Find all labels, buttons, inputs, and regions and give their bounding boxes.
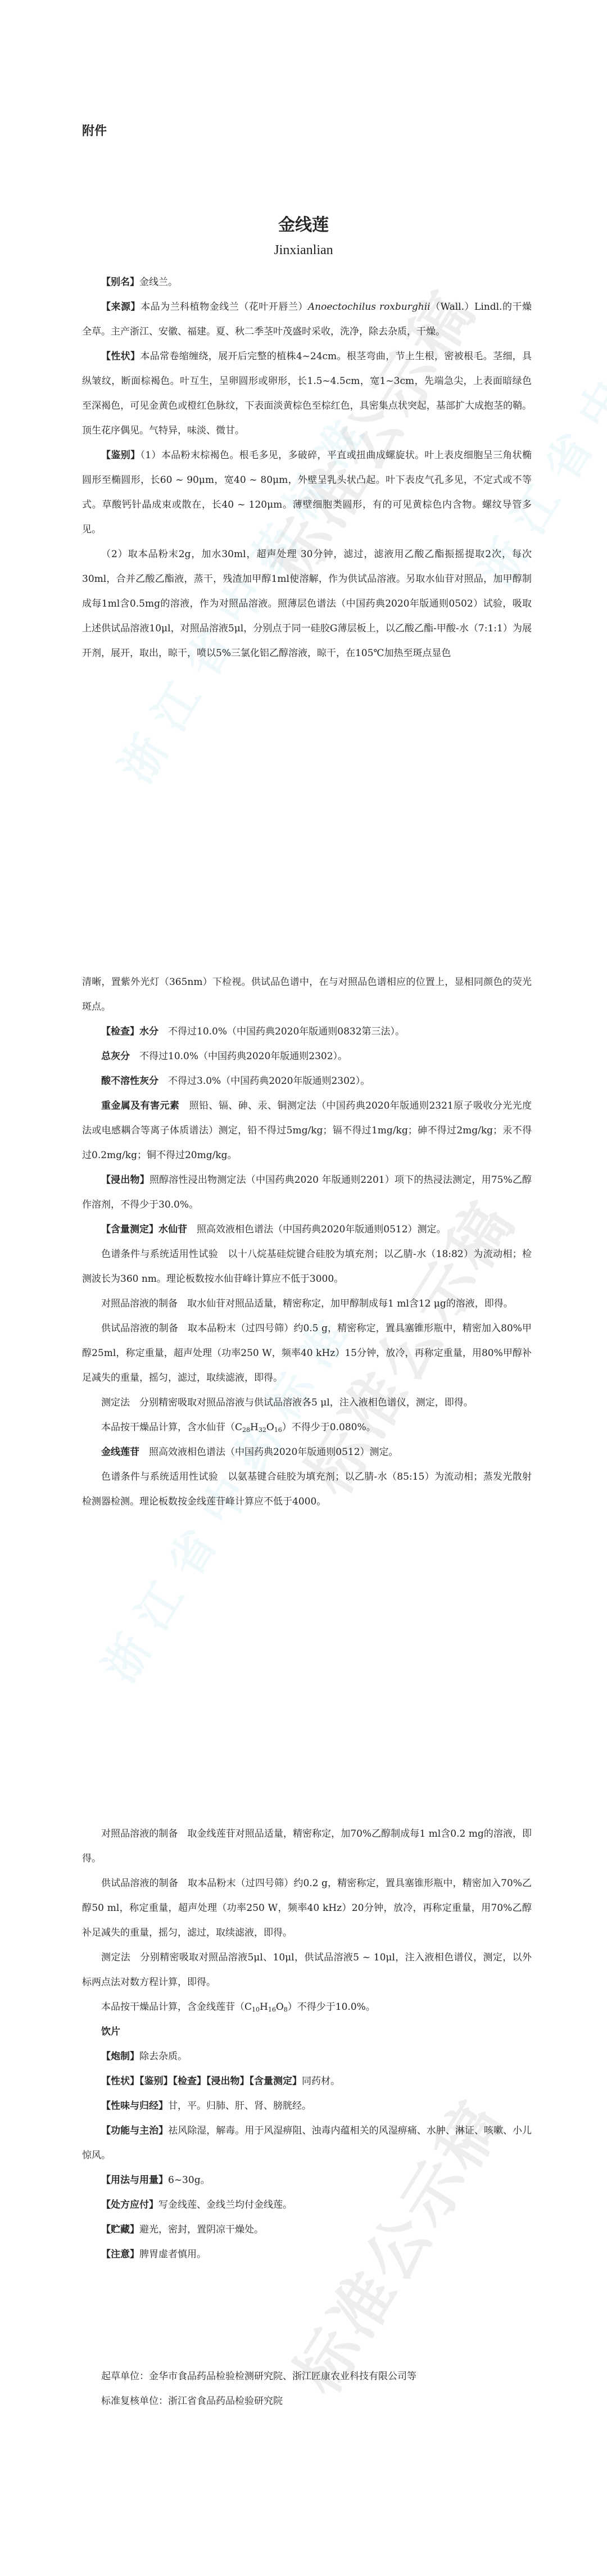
page-2-body: 清晰，置紫外光灯（365nm）下检视。供试品色谱中，在与对照品色谱相应的位置上，… — [82, 970, 532, 1514]
assay-narcissoside: 【含量测定】水仙苷 照高效液相色谱法（中国药典2020年版通则0512）测定。 — [82, 1217, 532, 1242]
review-unit: 标准复核单位：浙江省食品药品检验研究院 — [82, 2389, 532, 2414]
identification-tlc: （2）取本品粉末2g，加水30ml，超声处理 30分钟，滤过，滤液用乙酸乙酯振摇… — [82, 542, 532, 666]
inspection-heavy-metals: 重金属及有害元素 照铅、镉、砷、汞、铜测定法（中国药典2020年版通则2321原… — [82, 1093, 532, 1168]
inspection-acid-insoluble-ash: 酸不溶性灰分 不得过3.0%（中国药典2020年版通则2302）。 — [82, 1069, 532, 1093]
assay-method: 测定法 分别精密吸取对照品溶液与供试品溶液各5 μl，注入液相色谱仪，测定，即得… — [82, 1390, 532, 1415]
chromatographic-conditions: 色谱条件与系统适用性试验 以十八烷基硅烷键合硅胶为填充剂；以乙腈-水（18:82… — [82, 1242, 532, 1291]
page-subtitle-pinyin: Jinxianlian — [0, 243, 607, 258]
inspection-total-ash: 总灰分 不得过10.0%（中国药典2020年版通则2302）。 — [82, 1044, 532, 1069]
slices-heading: 饮片 — [82, 2019, 532, 2044]
prescription-section: 【处方应付】写金线莲、金线兰均付金线莲。 — [82, 2193, 532, 2217]
sample-solution-prep: 供试品溶液的制备 取本品粉末（过四号筛）约0.5 g，精密称定，置具塞锥形瓶中，… — [82, 1316, 532, 1390]
alias-section: 【别名】金线兰。 — [82, 270, 532, 295]
assay-limit: 本品按干燥品计算，含金线莲苷（C10H16O8）不得少于10.0%。 — [82, 1995, 532, 2019]
assay-limit: 本品按干燥品计算，含水仙苷（C28H32O16）不得少于0.080%。 — [82, 1415, 532, 1440]
tlc-continuation: 清晰，置紫外光灯（365nm）下检视。供试品色谱中，在与对照品色谱相应的位置上，… — [82, 970, 532, 1019]
latin-name: Anoectochilus roxburghii — [308, 301, 431, 313]
section-label: 【鉴别】 — [101, 450, 140, 461]
page-3-body: 对照品溶液的制备 取金线莲苷对照品适量，精密称定，加70%乙醇制成每1 ml含0… — [82, 1822, 532, 2267]
caution-section: 【注意】脾胃虚者慎用。 — [82, 2242, 532, 2267]
source-section: 【来源】本品为兰科植物金线兰（花叶开唇兰）Anoectochilus roxbu… — [82, 295, 532, 344]
assay-kinsenoside: 金线莲苷 照高效液相色谱法（中国药典2020年版通则0512）测定。 — [82, 1440, 532, 1465]
inspection-moisture: 【检查】水分 不得过10.0%（中国药典2020年版通则0832第三法）。 — [82, 1019, 532, 1044]
same-as-crude-section: 【性状】【鉴别】【检查】【浸出物】【含量测定】同药材。 — [82, 2069, 532, 2094]
identification-section: 【鉴别】（1）本品粉末棕褐色。根毛多见，多破碎，平直或扭曲成螺旋状。叶上表皮细胞… — [82, 443, 532, 542]
reference-solution-prep: 对照品溶液的制备 取金线莲苷对照品适量，精密称定，加70%乙醇制成每1 ml含0… — [82, 1822, 532, 1871]
characters-section: 【性状】本品常卷缩缠绕，展开后完整的植株4~24cm。根茎弯曲，节上生根，密被根… — [82, 344, 532, 443]
attachment-label: 附件 — [82, 121, 107, 139]
section-label: 【浸出物】 — [101, 1174, 150, 1186]
page-title: 金线莲 — [0, 211, 607, 236]
reference-solution-prep: 对照品溶液的制备 取水仙苷对照品适量，精密称定，加甲醇制成每1 ml含12 μg… — [82, 1291, 532, 1316]
section-label: 【检查】 — [101, 1026, 139, 1037]
section-label: 【性状】 — [101, 351, 140, 362]
section-label: 【来源】 — [101, 301, 141, 313]
storage-section: 【贮藏】避光，密封，置阴凉干燥处。 — [82, 2217, 532, 2242]
section-label: 【含量测定】 — [101, 1224, 158, 1235]
page-1-body: 【别名】金线兰。 【来源】本品为兰科植物金线兰（花叶开唇兰）Anoectochi… — [82, 270, 532, 666]
nature-meridian-section: 【性味与归经】甘，平。归肺、肝、肾、膀胱经。 — [82, 2094, 532, 2118]
drafting-units: 起草单位：金华市食品药品检验检测研究院、浙江匠康农业科技有限公司等 — [82, 2364, 532, 2389]
functions-section: 【功能与主治】祛风除湿，解毒。用于风湿痹阻、浊毒内蕴相关的风湿痹痛、水肿、淋证、… — [82, 2118, 532, 2168]
extractives-section: 【浸出物】照醇溶性浸出物测定法（中国药典2020 年版通则2201）项下的热浸法… — [82, 1168, 532, 1217]
chromatographic-conditions: 色谱条件与系统适用性试验 以氨基键合硅胶为填充剂；以乙腈-水（85:15）为流动… — [82, 1465, 532, 1514]
footer-units: 起草单位：金华市食品药品检验检测研究院、浙江匠康农业科技有限公司等 标准复核单位… — [82, 2364, 532, 2414]
assay-method: 测定法 分别精密吸取对照品溶液5μl、10μl，供试品溶液5 ~ 10μl，注入… — [82, 1945, 532, 1995]
dosage-section: 【用法与用量】6~30g。 — [82, 2168, 532, 2193]
sample-solution-prep: 供试品溶液的制备 取本品粉末（过四号筛）约0.2 g，精密称定，置具塞锥形瓶中，… — [82, 1871, 532, 1945]
processing-section: 【炮制】除去杂质。 — [82, 2044, 532, 2069]
section-label: 【别名】 — [101, 277, 139, 288]
